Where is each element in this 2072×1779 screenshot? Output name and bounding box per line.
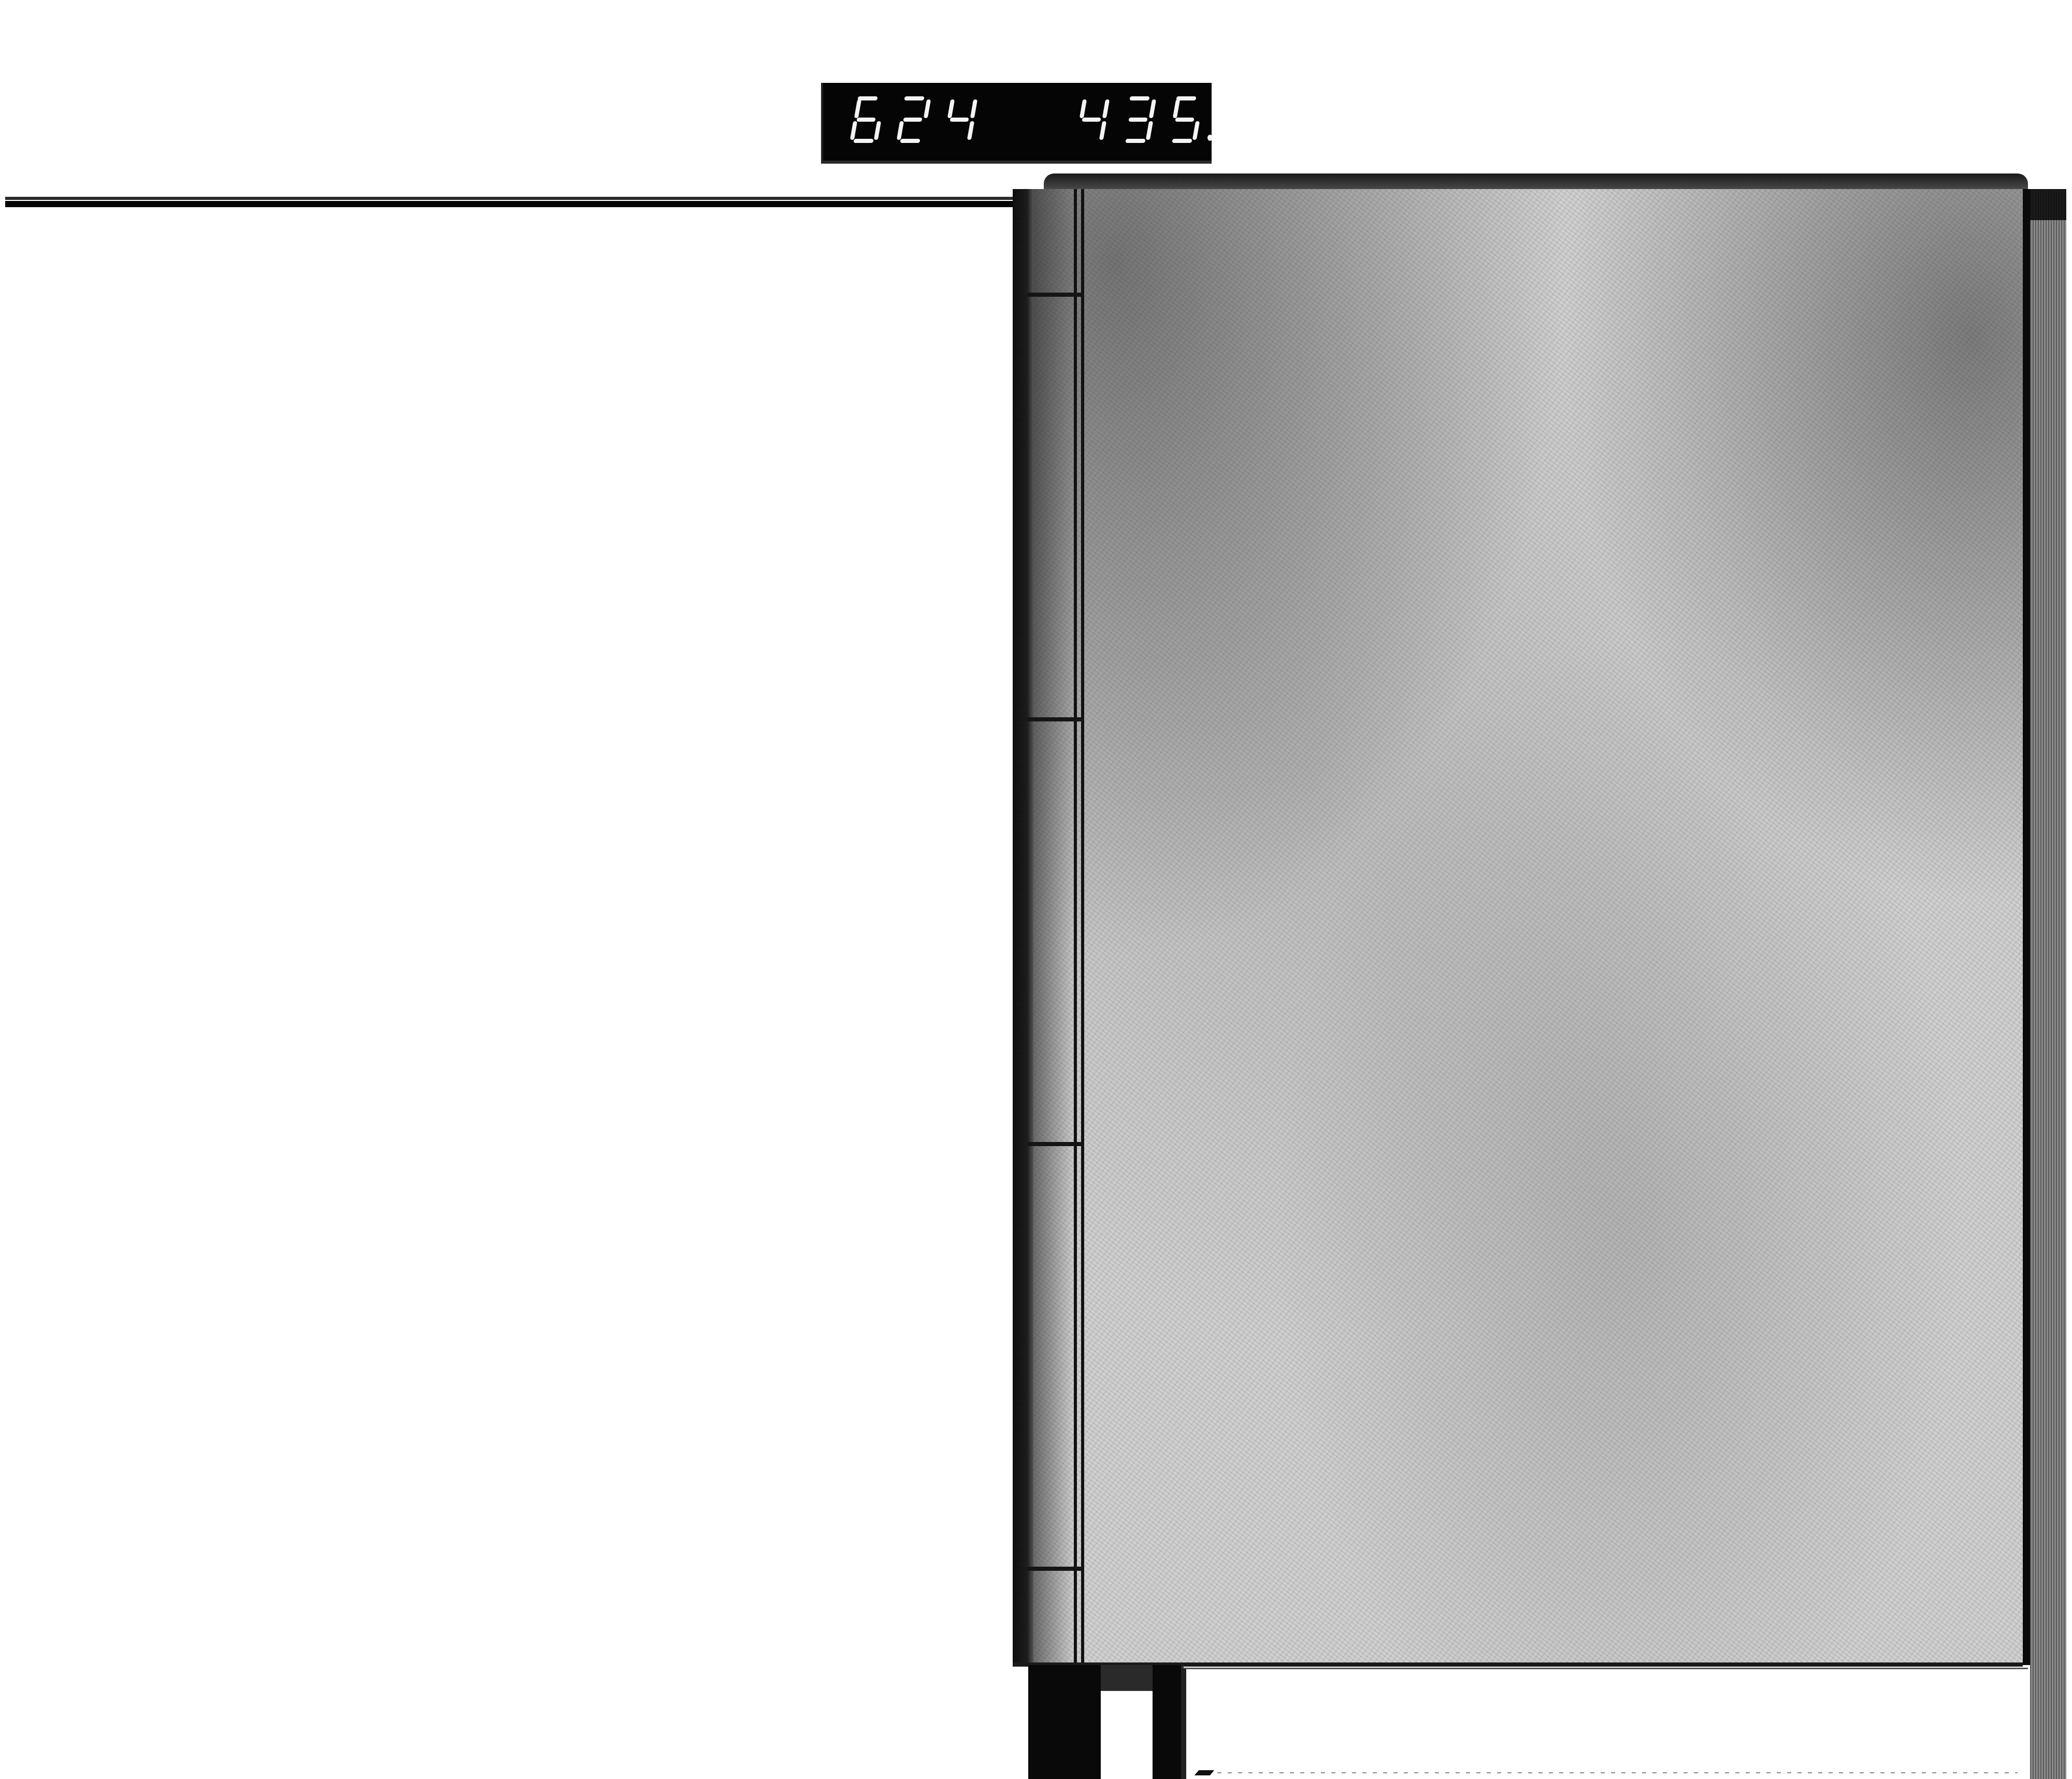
binding-stitch xyxy=(1027,717,1084,721)
decimal-point-icon xyxy=(1207,135,1213,141)
seven-segment-digit xyxy=(945,96,977,143)
binding-stitch xyxy=(1027,1142,1084,1146)
page-block-edge xyxy=(2030,189,2066,1779)
seven-segment-digit xyxy=(1124,96,1156,143)
support-leg xyxy=(1153,1665,1181,1779)
book xyxy=(1013,173,2072,1779)
call-number-group-2 xyxy=(1077,96,1217,143)
binding-stitch xyxy=(1027,1567,1084,1571)
cover-right-edge xyxy=(2023,189,2030,1665)
binding-stitch xyxy=(1027,293,1084,297)
call-number-label: 624 435. xyxy=(821,83,1212,161)
tray-line xyxy=(1217,1772,2018,1773)
spine-shadow xyxy=(1033,189,1075,1662)
seven-segment-digit xyxy=(852,96,884,143)
tray-mark xyxy=(1195,1770,1214,1775)
seven-segment-digit xyxy=(1170,96,1202,143)
support-tray xyxy=(1181,1668,2028,1779)
binding-thread xyxy=(1074,189,1077,1662)
spine-edge xyxy=(1013,189,1033,1662)
binding-thread xyxy=(1081,189,1084,1662)
horizontal-rule xyxy=(5,197,1036,207)
call-number-group-1 xyxy=(852,96,991,143)
seven-segment-digit xyxy=(898,96,930,143)
book-cover xyxy=(1013,189,2023,1667)
seven-segment-digit xyxy=(1077,96,1109,143)
support-leg xyxy=(1028,1665,1101,1779)
